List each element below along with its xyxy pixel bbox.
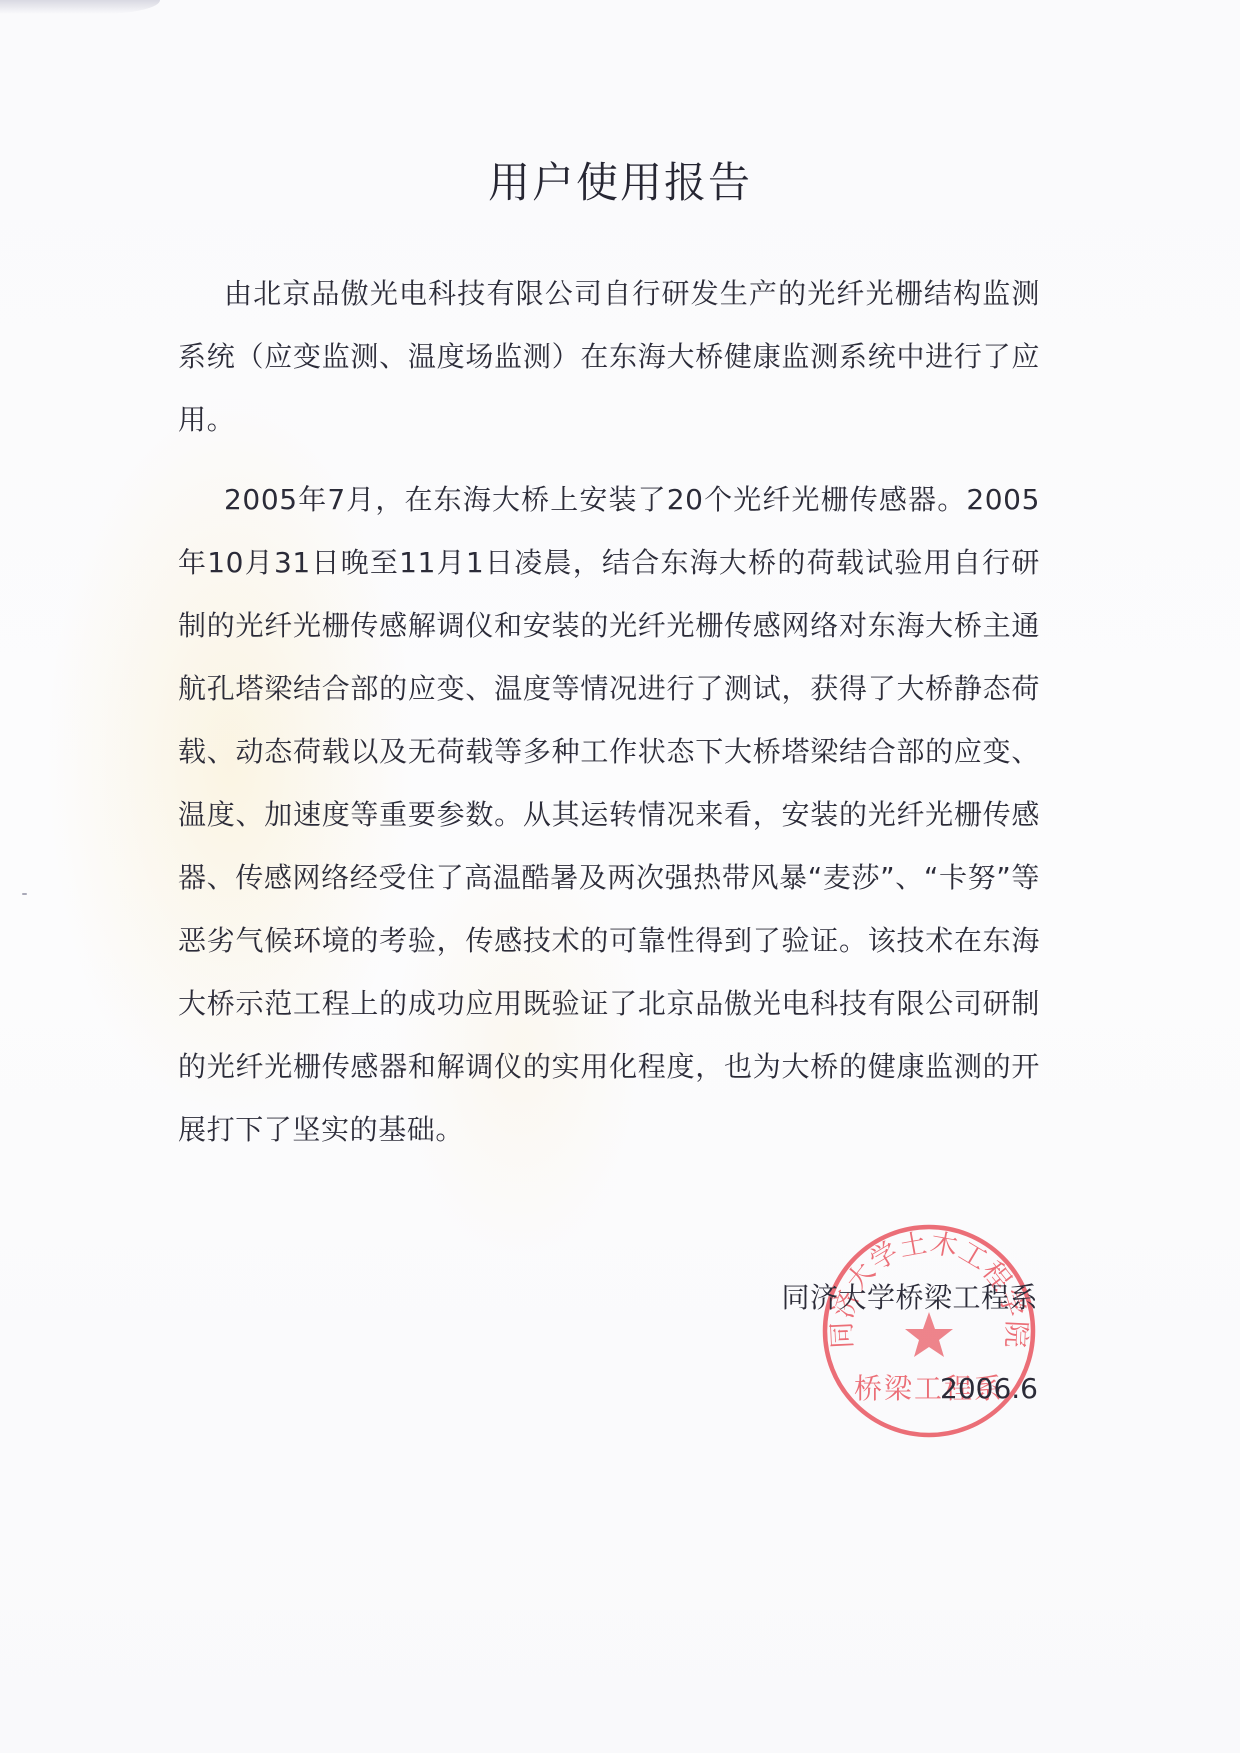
signature-organization: 同济大学桥梁工程系: [781, 1276, 1038, 1316]
scan-speck: [22, 893, 27, 895]
document-title: 用户使用报告: [0, 150, 1240, 210]
star-icon: [905, 1312, 953, 1357]
signature-date: 2006.6: [940, 1372, 1038, 1405]
paragraph-details: 2005年7月，在东海大桥上安装了20个光纤光栅传感器。2005年10月31日晚…: [178, 468, 1040, 1161]
paragraph-intro: 由北京品傲光电科技有限公司自行研发生产的光纤光栅结构监测系统（应变监测、温度场监…: [178, 262, 1040, 451]
official-seal-stamp: 同济大学土木工程学院 桥梁工程系: [818, 1220, 1040, 1442]
paper-page: 用户使用报告 由北京品傲光电科技有限公司自行研发生产的光纤光栅结构监测系统（应变…: [0, 0, 1240, 1753]
scan-edge-shadow: [0, 0, 160, 14]
